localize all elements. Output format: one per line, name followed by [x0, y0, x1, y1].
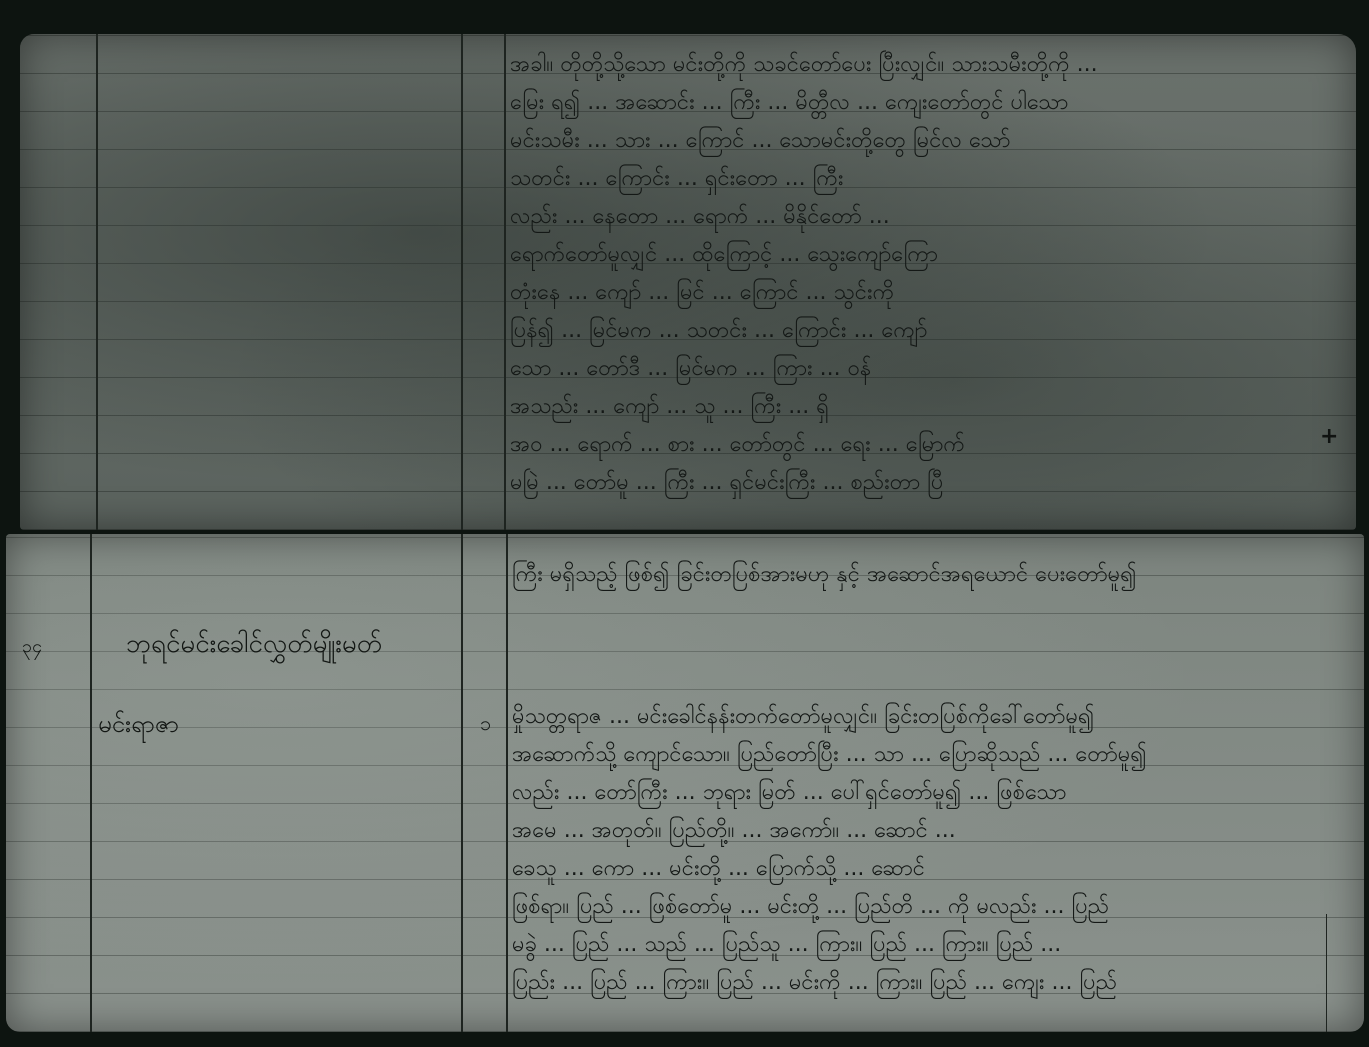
page-number: ၃၄ [22, 634, 42, 661]
manuscript-bottom-page: ၃၄ ဘုရင်မင်းခေါင်လွှတ်မျိုးမတ် မင်းရာဇာ … [6, 534, 1364, 1032]
section-subheading: မင်းရာဇာ [98, 708, 179, 744]
text-line: မြေး ရ၍ ... အဆောင်း ... ကြီး ... မိတ္တီလ… [510, 84, 1350, 122]
text-line: အဆောက်သို့ ကျောင်သော၊၊ ပြည်တော်ပြီး ... … [512, 736, 1352, 774]
margin-rule-text [504, 34, 506, 530]
margin-rule-middle [461, 534, 463, 1032]
text-line: သတင်း ... ကြောင်း ... ရှင်းတော ... ကြီး [510, 160, 1350, 198]
text-line: လည်း ... တော်ကြီး ... ဘုရား မြတ် ... ပေါ… [512, 774, 1352, 812]
section-heading: ဘုရင်မင်းခေါင်လွှတ်မျိုးမတ် [126, 626, 382, 665]
text-line: ပြန်၍ ... မြင်မက ... သတင်း ... ကြောင်း .… [510, 312, 1350, 350]
text-line: လည်း ... နေတော ... ရောက် ... မိနိုင်တော်… [510, 198, 1350, 236]
margin-rule-text [506, 534, 508, 1032]
text-line: သော ... တော်ဒီ ... မြင်မက ... ကြား ... ဝ… [510, 350, 1350, 388]
bottom-body-text: မှိုသတ္တရာဇ ... မင်းခေါင်နန်းတက်တော်မူလျ… [512, 698, 1352, 1002]
text-line: မင်းသမီး ... သား ... ကြောင် ... သောမင်းတ… [510, 122, 1350, 160]
margin-rule-left [90, 534, 92, 1032]
margin-rule-left [96, 34, 98, 530]
paragraph-number: ၁ [480, 710, 491, 740]
intro-line: ကြီး မရှိသည့် ဖြစ်၍ ခြင်းတပြစ်အားမဟု နှင… [512, 556, 1332, 594]
text-line: အဝ ... ရောက် ... စား ... တော်တွင် ... ရေ… [510, 426, 1350, 464]
text-line: တုံးနေ ... ကျော် ... မြင် ... ကြောင် ...… [510, 274, 1350, 312]
text-line: အမေ ... အတုတ်၊၊ ပြည်တို့၊၊ ... အကော်၊၊ .… [512, 812, 1352, 850]
text-line: ရောက်တော်မူလျှင် ... ထိုကြောင့် ... သွေး… [510, 236, 1350, 274]
text-line: အသည်း ... ကျော် ... သူ ... ကြီး ... ရှိ [510, 388, 1350, 426]
text-line: ခေသူ ... ကော ... မင်းတို့ ... ပြောက်သို့… [512, 850, 1352, 888]
text-line: မမြဲ ... တော်မူ ... ကြီး ... ရှင်မင်းကြီ… [510, 464, 1350, 502]
cross-mark: + [1320, 424, 1338, 449]
text-line: ပြည်း ... ပြည် ... ကြား၊၊ ပြည် ... မင်းက… [512, 964, 1352, 1002]
text-line: မှိုသတ္တရာဇ ... မင်းခေါင်နန်းတက်တော်မူလျ… [512, 698, 1352, 736]
text-line: အခါ၊၊ တိုတို့သို့သော မင်းတို့ကို သခင်တော… [510, 46, 1350, 84]
text-line: မခွဲ ... ပြည် ... သည် ... ပြည်သူ ... ကြာ… [512, 926, 1352, 964]
top-body-text: အခါ၊၊ တိုတို့သို့သော မင်းတို့ကို သခင်တော… [510, 46, 1350, 502]
text-line: ဖြစ်ရာ၊၊ ပြည် ... ဖြစ်တော်မူ ... မင်းတို… [512, 888, 1352, 926]
margin-rule-middle [461, 34, 463, 530]
manuscript-top-page: အခါ၊၊ တိုတို့သို့သော မင်းတို့ကို သခင်တော… [20, 34, 1356, 530]
